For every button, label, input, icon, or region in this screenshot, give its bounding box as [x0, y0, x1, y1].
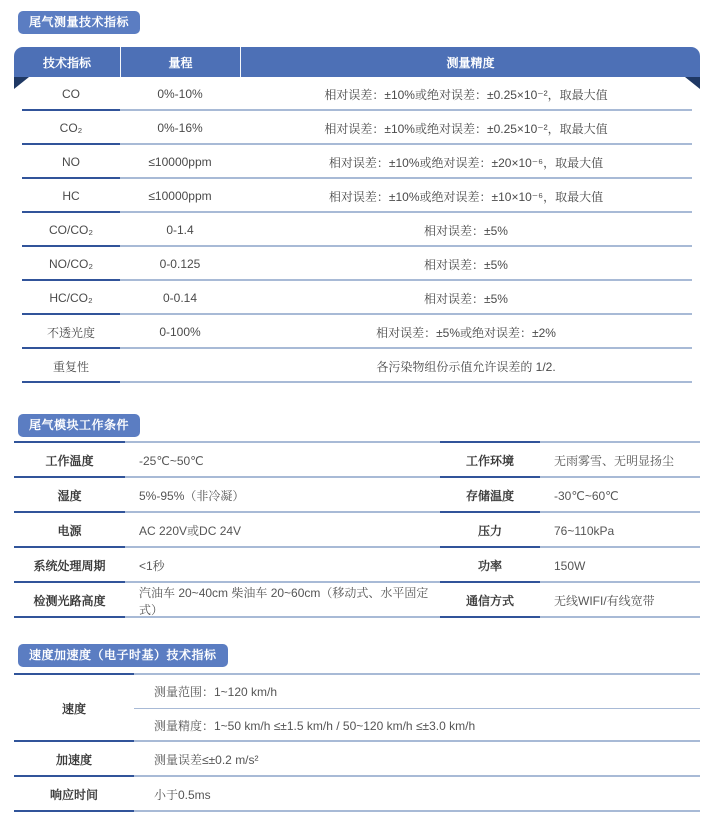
speed-subrows: 测量范围：1~120 km/h 测量精度：1~50 km/h ≤±1.5 km/… [134, 675, 700, 742]
cell-label: 响应时间 [14, 777, 134, 812]
cell-value: 测量误差≤±0.2 m/s² [134, 751, 700, 768]
cell-label: 速度 [14, 675, 134, 742]
cell-range: 0%-16% [120, 121, 240, 135]
exhaust-table-body: CO 0%-10% 相对误差：±10%或绝对误差：±0.25×10⁻²，取最大值… [22, 77, 692, 383]
cell-accuracy: 相对误差：±10%或绝对误差：±0.25×10⁻²，取最大值 [240, 86, 692, 103]
cell-value: 无线WIFI/有线宽带 [540, 592, 700, 609]
cell-indicator: 不透光度 [22, 324, 120, 341]
speed-spec-table: 速度 测量范围：1~120 km/h 测量精度：1~50 km/h ≤±1.5 … [14, 673, 700, 812]
table-row: 响应时间 小于0.5ms [14, 777, 700, 812]
table-row: NO/CO₂ 0-0.125 相对误差：±5% [22, 247, 692, 281]
cell-accuracy: 相对误差：±5%或绝对误差：±2% [240, 324, 692, 341]
cell-accuracy: 相对误差：±10%或绝对误差：±20×10⁻⁶，取最大值 [240, 154, 692, 171]
table-row: HC/CO₂ 0-0.14 相对误差：±5% [22, 281, 692, 315]
exhaust-spec-table: 技术指标 量程 测量精度 CO 0%-10% 相对误差：±10%或绝对误差：±0… [14, 47, 700, 383]
table-row: 工作温度 -25℃~50℃ 工作环境 无雨雾雪、无明显扬尘 [14, 443, 700, 478]
cell-indicator: CO [22, 87, 120, 101]
cell-value: 5%-95%（非冷凝） [125, 487, 440, 504]
cell-label: 电源 [14, 522, 125, 539]
header-cell-accuracy: 测量精度 [240, 47, 700, 77]
cell-value: 150W [540, 559, 700, 573]
cell-value: <1秒 [125, 557, 440, 574]
cell-indicator: 重复性 [22, 358, 120, 375]
cell-range: 0-0.14 [120, 291, 240, 305]
cell-label: 检测光路高度 [14, 592, 125, 609]
spec-page: 尾气测量技术指标 技术指标 量程 测量精度 CO 0%-10% 相对误差：±10… [0, 0, 710, 824]
cell-label: 系统处理周期 [14, 557, 125, 574]
table-row: HC ≤10000ppm 相对误差：±10%或绝对误差：±10×10⁻⁶，取最大… [22, 179, 692, 213]
cell-value: 76~110kPa [540, 524, 700, 538]
cell-label: 压力 [440, 522, 540, 539]
table-row: CO 0%-10% 相对误差：±10%或绝对误差：±0.25×10⁻²，取最大值 [22, 77, 692, 111]
section-title-speed-specs: 速度加速度（电子时基）技术指标 [18, 644, 228, 667]
cell-indicator: CO/CO₂ [22, 223, 120, 237]
table-row: 电源 AC 220V或DC 24V 压力 76~110kPa [14, 513, 700, 548]
cell-value: 小于0.5ms [134, 786, 700, 803]
cell-value: AC 220V或DC 24V [125, 522, 440, 539]
cell-label: 功率 [440, 557, 540, 574]
table-row: 检测光路高度 汽油车 20~40cm 柴油车 20~60cm（移动式、水平固定式… [14, 583, 700, 618]
cell-accuracy: 相对误差：±5% [240, 290, 692, 307]
table-row: 重复性 各污染物组份示值允许误差的 1/2. [22, 349, 692, 383]
cell-indicator: NO [22, 155, 120, 169]
cell-value: -30℃~60℃ [540, 489, 700, 503]
cell-indicator: NO/CO₂ [22, 257, 120, 271]
cell-label: 工作环境 [440, 452, 540, 469]
cell-accuracy: 相对误差：±10%或绝对误差：±0.25×10⁻²，取最大值 [240, 120, 692, 137]
table-row: CO/CO₂ 0-1.4 相对误差：±5% [22, 213, 692, 247]
cell-value: 汽油车 20~40cm 柴油车 20~60cm（移动式、水平固定式） [125, 584, 440, 618]
table-row: 不透光度 0-100% 相对误差：±5%或绝对误差：±2% [22, 315, 692, 349]
table-row: 系统处理周期 <1秒 功率 150W [14, 548, 700, 583]
cell-range: ≤10000ppm [120, 189, 240, 203]
cell-range: 0-100% [120, 325, 240, 339]
cell-indicator: CO₂ [22, 121, 120, 135]
cell-accuracy: 各污染物组份示值允许误差的 1/2. [240, 358, 692, 375]
cell-range: ≤10000ppm [120, 155, 240, 169]
cell-label: 工作温度 [14, 452, 125, 469]
cell-value: 测量精度：1~50 km/h ≤±1.5 km/h / 50~120 km/h … [134, 709, 700, 742]
table-row: NO ≤10000ppm 相对误差：±10%或绝对误差：±20×10⁻⁶，取最大… [22, 145, 692, 179]
cell-value: 测量范围：1~120 km/h [134, 675, 700, 708]
table-row: CO₂ 0%-16% 相对误差：±10%或绝对误差：±0.25×10⁻²，取最大… [22, 111, 692, 145]
speed-row-group: 速度 测量范围：1~120 km/h 测量精度：1~50 km/h ≤±1.5 … [14, 675, 700, 742]
cell-indicator: HC/CO₂ [22, 291, 120, 305]
cell-accuracy: 相对误差：±5% [240, 222, 692, 239]
working-conditions-table: 工作温度 -25℃~50℃ 工作环境 无雨雾雪、无明显扬尘 湿度 5%-95%（… [14, 441, 700, 618]
cell-value: -25℃~50℃ [125, 454, 440, 468]
table-row: 加速度 测量误差≤±0.2 m/s² [14, 742, 700, 777]
cell-indicator: HC [22, 189, 120, 203]
section-title-working-conditions: 尾气模块工作条件 [18, 414, 140, 437]
cell-value: 无雨雾雪、无明显扬尘 [540, 452, 700, 469]
header-cell-indicator: 技术指标 [14, 47, 120, 77]
cell-range: 0-1.4 [120, 223, 240, 237]
table-row: 湿度 5%-95%（非冷凝） 存储温度 -30℃~60℃ [14, 478, 700, 513]
cell-label: 加速度 [14, 742, 134, 777]
section-title-exhaust-specs: 尾气测量技术指标 [18, 11, 140, 34]
cell-accuracy: 相对误差：±10%或绝对误差：±10×10⁻⁶，取最大值 [240, 188, 692, 205]
cell-label: 湿度 [14, 487, 125, 504]
header-cell-range: 量程 [120, 47, 240, 77]
cell-accuracy: 相对误差：±5% [240, 256, 692, 273]
cell-label: 存储温度 [440, 487, 540, 504]
cell-label: 通信方式 [440, 592, 540, 609]
cell-range: 0%-10% [120, 87, 240, 101]
cell-range: 0-0.125 [120, 257, 240, 271]
exhaust-table-header: 技术指标 量程 测量精度 [14, 47, 700, 77]
